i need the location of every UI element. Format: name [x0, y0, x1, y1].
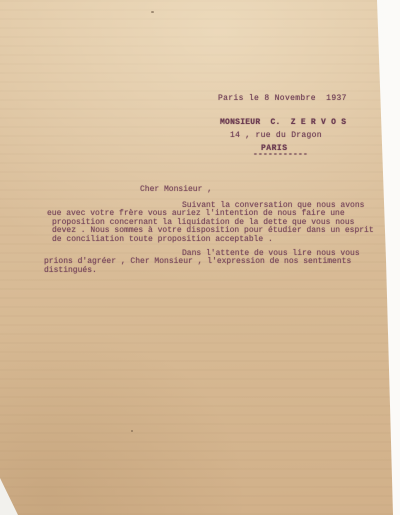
- paper-speck: [131, 430, 133, 432]
- recipient-street: 14 , rue du Dragon: [230, 132, 322, 141]
- scanner-background: Paris le 8 Novembre 1937 MONSIEUR C. Z E…: [0, 0, 400, 515]
- paper-speck: [151, 11, 154, 13]
- dateline: Paris le 8 Novembre 1937: [218, 95, 347, 104]
- letter-paper: Paris le 8 Novembre 1937 MONSIEUR C. Z E…: [0, 0, 400, 515]
- recipient-name: MONSIEUR C. Z E R V O S: [220, 119, 346, 128]
- salutation: Cher Monsieur ,: [140, 186, 212, 195]
- body-line: de conciliation toute proposition accept…: [52, 236, 273, 245]
- body-line: distingués.: [44, 267, 97, 276]
- recipient-underline: -----------: [253, 151, 308, 160]
